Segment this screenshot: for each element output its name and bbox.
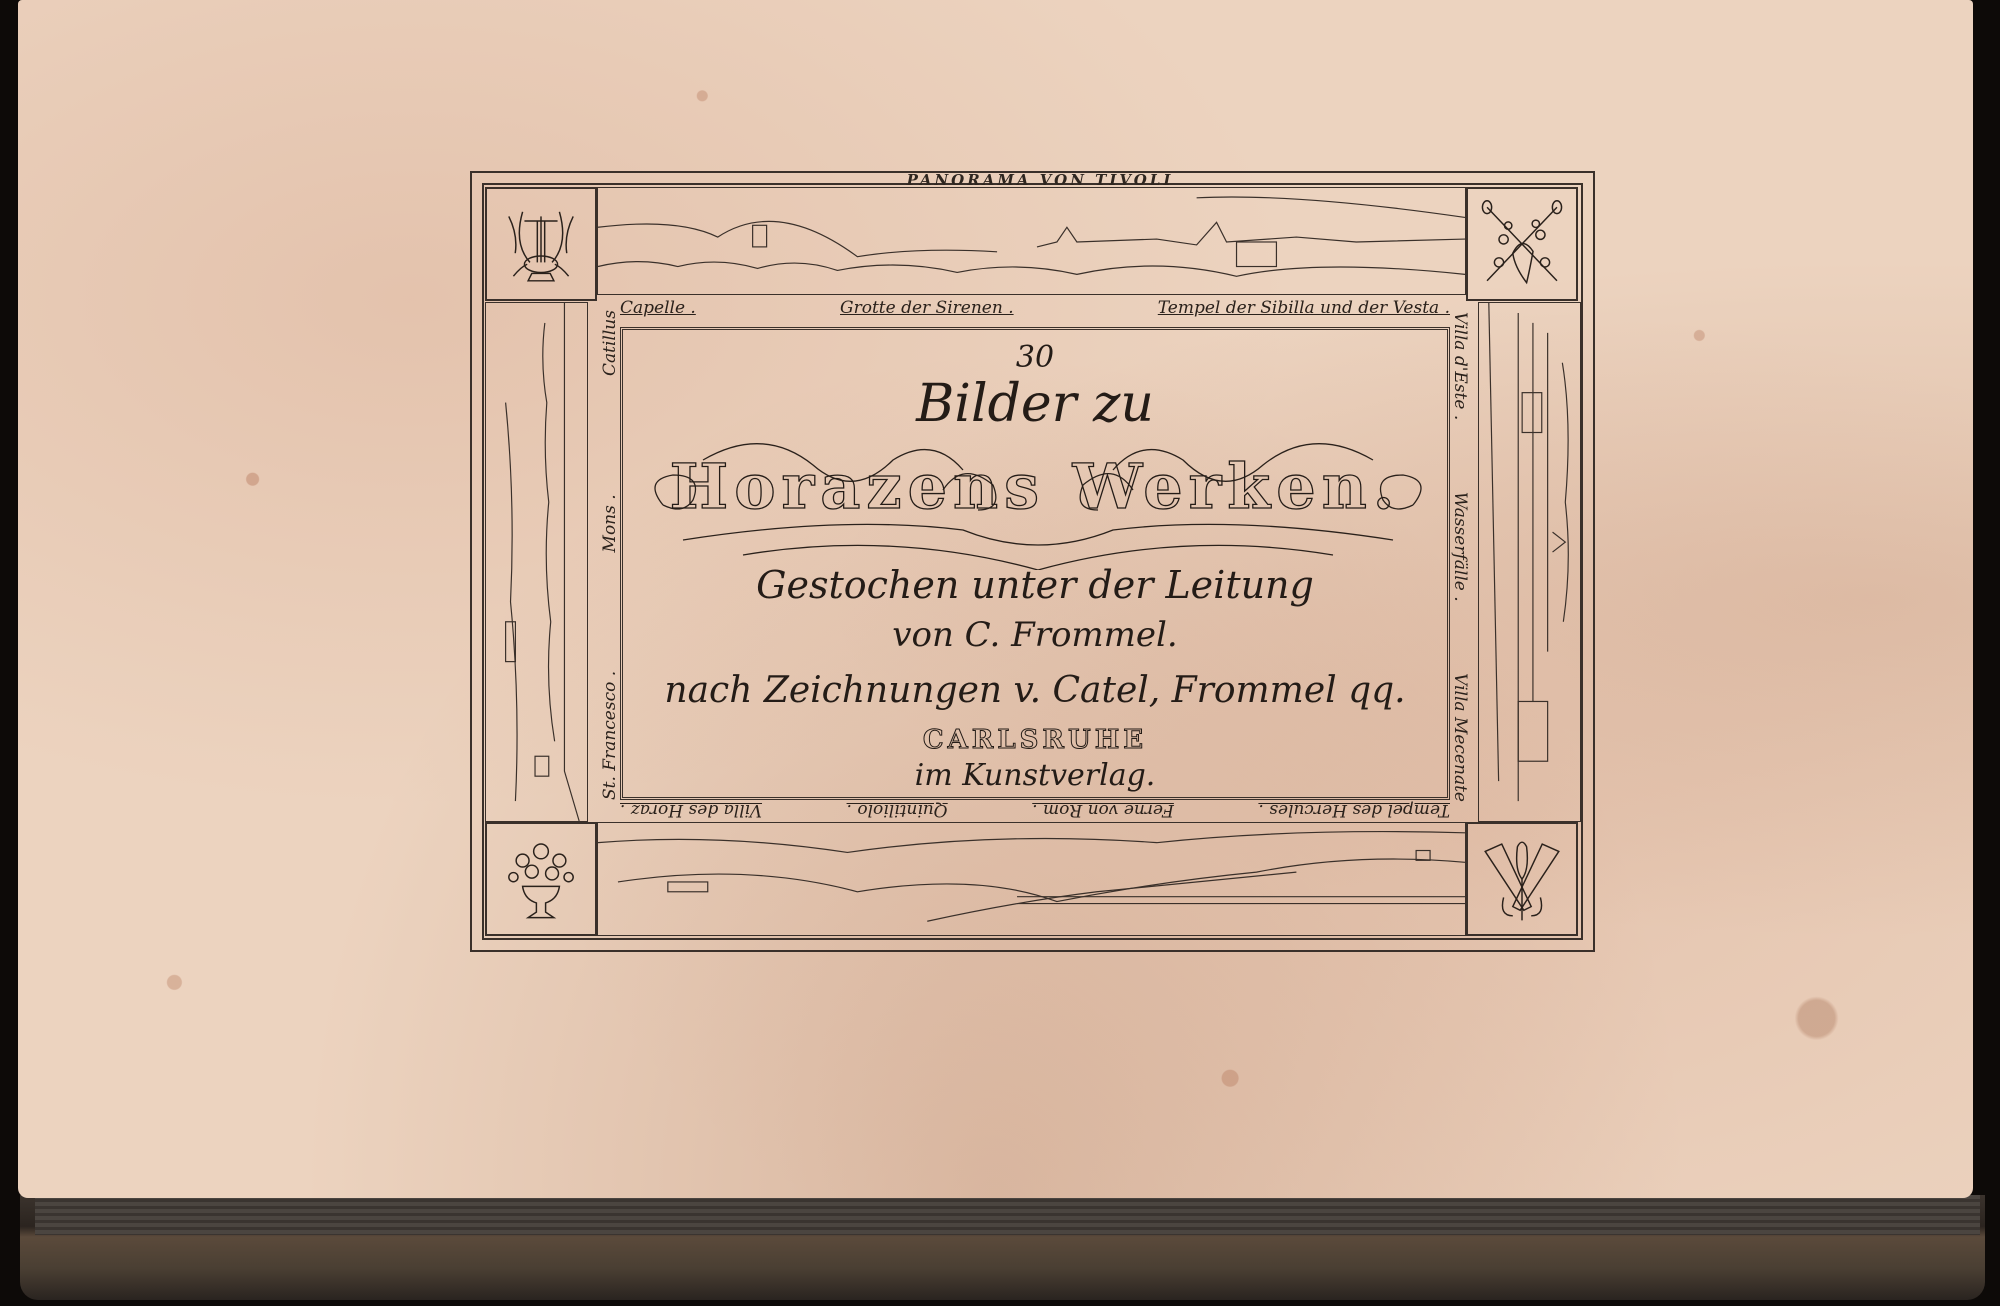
corner-top-left <box>485 187 597 301</box>
caption-top-2: Grotte der Sirenen . <box>840 298 1014 318</box>
page-edges <box>35 1195 1980 1235</box>
title-number: 30 <box>623 340 1447 375</box>
caption-bottom-2: Ferne von Rom . <box>1032 800 1174 820</box>
caption-right: Villa d'Este . Wasserfälle . Villa Mecen… <box>1450 312 1470 802</box>
title-publisher: im Kunstverlag. <box>623 758 1447 793</box>
panorama-left <box>485 302 588 822</box>
title-line-bilder: Bilder zu <box>623 374 1447 434</box>
panorama-top <box>597 187 1466 295</box>
panorama-bottom <box>597 822 1466 936</box>
caption-bottom: Tempel des Hercules . Ferne von Rom . Qu… <box>620 800 1450 820</box>
caption-right-3: Villa Mecenate <box>1450 673 1470 802</box>
caption-bottom-3: Quintiliolo . <box>847 800 948 820</box>
caption-top-3: Tempel der Sibilla und der Vesta . <box>1158 298 1450 318</box>
panorama-right <box>1478 302 1581 822</box>
title-engraver: von C. Frommel. <box>623 615 1447 655</box>
corner-bottom-right <box>1466 822 1578 936</box>
caption-right-2: Wasserfälle . <box>1450 492 1470 602</box>
caption-left: St. Francesco . Mons . Catillus <box>600 310 620 800</box>
caption-bottom-1: Tempel des Hercules . <box>1258 800 1450 820</box>
crossed-torches-wreath-icon <box>1476 198 1568 290</box>
corner-top-right <box>1466 187 1578 301</box>
caption-top-1: Capelle . <box>620 298 696 318</box>
title-panel: 30 Bilder zu Horazens Werken. Gestochen … <box>620 327 1450 800</box>
title-place: CARLSRUHE <box>623 725 1447 755</box>
corner-bottom-left <box>485 822 597 936</box>
caption-left-1: St. Francesco . <box>600 671 620 800</box>
caption-bottom-4: Villa des Horaz . <box>620 800 762 820</box>
flower-urn-icon <box>495 833 587 925</box>
title-engraved-by: Gestochen unter der Leitung <box>623 563 1447 607</box>
caption-right-1: Villa d'Este . <box>1450 312 1470 420</box>
caption-top: Capelle . Grotte der Sirenen . Tempel de… <box>620 298 1450 318</box>
title-drawings-by: nach Zeichnungen v. Catel, Frommel qq. <box>623 670 1447 711</box>
caption-left-2: Mons . <box>600 494 620 552</box>
title-main: Horazens Werken. <box>623 450 1447 523</box>
crossed-horns-icon <box>1476 833 1568 925</box>
caption-left-3: Catillus <box>600 310 620 376</box>
lyre-icon <box>495 198 587 290</box>
